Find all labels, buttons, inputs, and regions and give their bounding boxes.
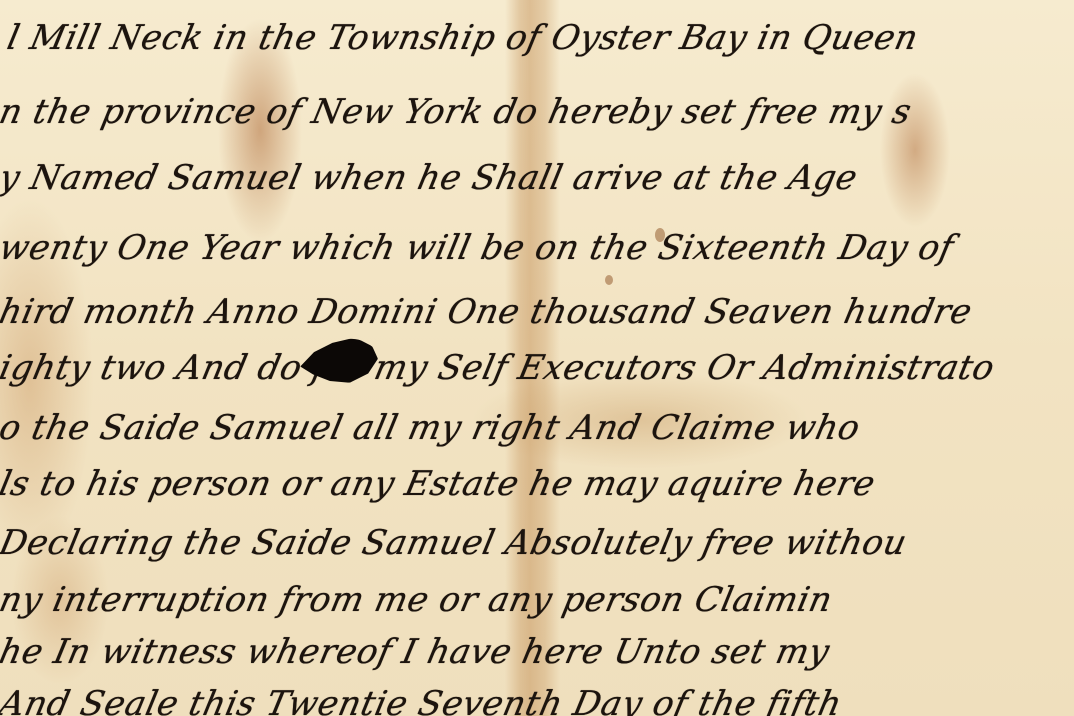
- manuscript-line: n the province of New York do hereby set…: [0, 92, 915, 132]
- manuscript-line: he In witness whereof I have here Unto s…: [0, 632, 833, 672]
- manuscript-line: l Mill Neck in the Township of Oyster Ba…: [4, 18, 922, 58]
- manuscript-line: Declaring the Saide Samuel Absolutely fr…: [0, 523, 911, 563]
- manuscript-line: wenty One Year which will be on the Sixt…: [0, 228, 957, 268]
- manuscript-page: l Mill Neck in the Township of Oyster Ba…: [0, 0, 1074, 716]
- stain-spot: [605, 275, 613, 285]
- manuscript-line: And Seale this Twentie Seventh Day of th…: [0, 684, 846, 716]
- manuscript-line: hird month Anno Domini One thousand Seav…: [0, 292, 976, 332]
- manuscript-line: ny interruption from me or any person Cl…: [0, 580, 836, 620]
- manuscript-line: ighty two And do for my Self Executors O…: [0, 348, 998, 388]
- manuscript-line: ls to his person or any Estate he may aq…: [0, 464, 879, 504]
- manuscript-line: o the Saide Samuel all my right And Clai…: [0, 408, 864, 448]
- manuscript-line: y Named Samuel when he Shall arive at th…: [0, 158, 861, 198]
